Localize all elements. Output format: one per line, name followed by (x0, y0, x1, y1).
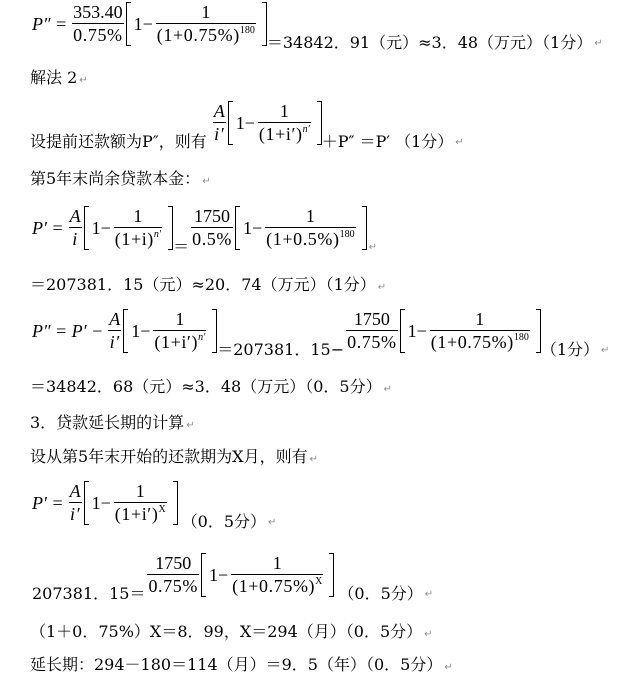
paragraph-mark-icon: ↵ (310, 454, 318, 466)
one-minus: 1− (209, 565, 228, 586)
one-minus: 1− (92, 493, 111, 514)
coefficient-fraction: 353.40 0.75% (72, 2, 124, 46)
formula-general: P″ = P′ − A i′ 1− 1 (1+i′)n′ (32, 306, 217, 356)
denominator: 0.75% (346, 331, 398, 353)
equation-prefix: 207381．15＝ (32, 585, 145, 603)
inner-fraction: 1 (1+i′)X (114, 481, 167, 525)
paragraph-mark-icon: ↵ (369, 242, 377, 254)
line-extension-period: 延长期：294－180＝114（月）＝9．5（年）（0．5分） ↵ (30, 656, 453, 674)
formula: A i′ 1− 1 (1+i′)n′ (211, 98, 322, 148)
left-bracket (84, 206, 89, 250)
formula: P′ = A i′ 1− 1 (1+i′)X (32, 478, 178, 528)
denominator: i′ (109, 331, 121, 353)
denominator-base: (1+0.75%) (157, 25, 240, 45)
formula-lhs: P′ = (32, 493, 64, 514)
coefficient-fraction: A i′ (108, 309, 121, 353)
left-bracket (201, 553, 206, 597)
denominator-base: (1+i′) (259, 124, 303, 144)
method-heading: 解法 2 (30, 69, 77, 87)
denominator: (1+0.5%)180 (265, 228, 355, 250)
one-minus: 1− (408, 321, 427, 342)
line-extension-setup: 设从第5年末开始的还款期为X月，则有 ↵ (30, 448, 318, 466)
bracket-group: 1− 1 (1+0.75%)180 (126, 0, 267, 49)
denominator: (1+i)n′ (114, 228, 162, 250)
paragraph-mark-icon: ↵ (444, 662, 452, 674)
numerator: 1 (156, 2, 256, 24)
left-bracket (228, 101, 233, 145)
coefficient-fraction: 1750 0.75% (147, 553, 199, 597)
denominator: (1+0.75%)180 (430, 331, 530, 353)
one-minus: 1− (92, 218, 111, 239)
bracket-group: 1− 1 (1+i′)n′ (123, 306, 217, 356)
paragraph-mark-icon: ↵ (594, 38, 602, 50)
equals-sign: ＝ (173, 238, 189, 256)
exponent: 180 (340, 229, 355, 240)
score-annotation: （0．5分） (182, 513, 266, 531)
line-solve-x: （1＋0．75%）X＝8．99，X＝294（月）（0．5分） ↵ (30, 623, 433, 641)
paragraph-mark-icon: ↵ (268, 517, 276, 529)
exponent: n′ (154, 229, 161, 240)
formula-lhs: P″ = P′ − (32, 321, 103, 342)
denominator-base: (1+0.5%) (266, 229, 339, 249)
numerator: 1 (114, 206, 162, 228)
paragraph-mark-icon: ↵ (384, 384, 392, 396)
formula-general: P′ = A i 1− 1 (1+i)n′ (32, 203, 173, 253)
left-bracket (123, 309, 128, 353)
result-text: ＝34842．91（元）≈3．48（万元）（1分） (267, 34, 592, 52)
exponent: 180 (240, 25, 255, 36)
inner-fraction: 1 (1+i′)n′ (153, 309, 206, 353)
solution-text: （1＋0．75%）X＝8．99，X＝294（月）（0．5分） (30, 623, 422, 641)
denominator: i′ (213, 123, 225, 145)
bracket-group: 1− 1 (1+0.5%)180 (235, 203, 367, 253)
one-minus: 1− (236, 113, 255, 134)
formula: P″ = 353.40 0.75% 1− 1 (1+0.75%)180 (32, 0, 267, 49)
denominator-base: (1+i′) (115, 504, 159, 524)
numerator: A (69, 481, 82, 503)
line-section-heading: 3．贷款延长期的计算 ↵ (30, 414, 195, 432)
denominator: 0.75% (72, 24, 124, 46)
inner-fraction: 1 (1+0.5%)180 (265, 206, 355, 250)
paragraph-mark-icon: ↵ (455, 137, 463, 149)
exponent: n′ (198, 332, 205, 343)
score-annotation: （1分） (541, 341, 599, 359)
left-bracket (84, 481, 89, 525)
bracket-group: 1− 1 (1+i′)X (84, 478, 178, 528)
formula-lhs: P″ = (32, 14, 67, 35)
line-remaining-principal-result: ＝207381．15（元）≈20．74（万元）（1分） ↵ (30, 276, 386, 294)
exponent: X (158, 504, 165, 515)
result-text: ＝34842．68（元）≈3．48（万元）（0．5分） (30, 378, 382, 396)
left-bracket (126, 2, 131, 46)
denominator-base: (1+0.75%) (431, 332, 514, 352)
paragraph-mark-icon: ↵ (424, 629, 432, 641)
bracket-group: 1− 1 (1+0.75%)180 (400, 306, 541, 356)
setup-text: 设提前还款额为P″，则有 (30, 133, 207, 151)
right-bracket (329, 553, 334, 597)
coefficient-fraction: 1750 0.75% (346, 309, 398, 353)
coefficient-fraction: A i (69, 206, 82, 250)
one-minus: 1− (243, 218, 262, 239)
intermediate-value: ＝207381．15− (217, 341, 344, 359)
numerator: 1 (430, 309, 530, 331)
exponent: 180 (514, 332, 529, 343)
numerator: 1750 (147, 553, 199, 575)
setup-text: 设从第5年末开始的还款期为X月，则有 (30, 448, 308, 466)
section-heading: 3．贷款延长期的计算 (30, 414, 184, 432)
inner-fraction: 1 (1+0.75%)X (231, 553, 323, 597)
paragraph-mark-icon: ↵ (79, 75, 87, 87)
inner-fraction: 1 (1+i)n′ (114, 206, 162, 250)
formula-numeric: 1750 0.75% 1− 1 (1+0.75%)180 (344, 306, 541, 356)
equation-suffix: ＋P″ ＝P′ （1分） (322, 133, 454, 151)
numerator: 1 (153, 309, 206, 331)
line-method2-heading: 解法 2 ↵ (30, 69, 88, 87)
inner-fraction: 1 (1+0.75%)180 (430, 309, 530, 353)
bracket-group: 1− 1 (1+i′)n′ (228, 98, 322, 148)
exponent: n′ (303, 124, 310, 135)
numerator: 1750 (191, 206, 233, 228)
inner-fraction: 1 (1+0.75%)180 (156, 2, 256, 46)
inner-fraction: 1 (1+i′)n′ (258, 101, 311, 145)
numerator: 1 (114, 481, 167, 503)
formula-numeric: 1750 0.5% 1− 1 (1+0.5%)180 (189, 203, 367, 253)
line-prepayment-formula-method1: P″ = 353.40 0.75% 1− 1 (1+0.75%)180 ＝348… (32, 0, 603, 49)
paragraph-mark-icon: ↵ (378, 282, 386, 294)
line-remaining-principal-formula: P′ = A i 1− 1 (1+i)n′ ＝ 1750 0.5% (32, 203, 377, 253)
paragraph-mark-icon: ↵ (202, 176, 210, 188)
line-extension-formula: P′ = A i′ 1− 1 (1+i′)X （0．5分） ↵ (32, 478, 276, 528)
coefficient-fraction: A i′ (213, 101, 226, 145)
coefficient-fraction: A i′ (69, 481, 82, 525)
remaining-principal-label: 第5年末尚余贷款本金： (30, 170, 200, 188)
one-minus: 1− (134, 14, 153, 35)
left-bracket (400, 309, 405, 353)
denominator: 0.5% (191, 228, 233, 250)
bracket-group: 1− 1 (1+0.75%)X (201, 550, 334, 600)
numerator: 1 (231, 553, 323, 575)
right-bracket (362, 206, 367, 250)
document-page: P″ = 353.40 0.75% 1− 1 (1+0.75%)180 ＝348… (0, 0, 635, 680)
line-prepayment-result: ＝34842．68（元）≈3．48（万元）（0．5分） ↵ (30, 378, 392, 396)
line-prepayment-formula-method2: P″ = P′ − A i′ 1− 1 (1+i′)n′ ＝207381．15−… (32, 306, 609, 356)
bracket-group: 1− 1 (1+i)n′ (84, 203, 173, 253)
numerator: A (213, 101, 226, 123)
line-prepayment-setup: 设提前还款额为P″，则有 A i′ 1− 1 (1+i′)n′ ＋P″ ＝P′ … (30, 98, 464, 148)
denominator: (1+0.75%)180 (156, 24, 256, 46)
coefficient-fraction: 1750 0.5% (191, 206, 233, 250)
numerator: 1750 (346, 309, 398, 331)
result-text: ＝207381．15（元）≈20．74（万元）（1分） (30, 276, 376, 294)
denominator-base: (1+i) (115, 229, 154, 249)
numerator: A (108, 309, 121, 331)
extension-period-text: 延长期：294－180＝114（月）＝9．5（年）（0．5分） (30, 656, 442, 674)
denominator-base: (1+0.75%) (232, 576, 315, 596)
line-extension-numeric: 207381．15＝ 1750 0.75% 1− 1 (1+0.75%)X （0… (32, 550, 433, 600)
line-remaining-principal-label: 第5年末尚余贷款本金： ↵ (30, 170, 211, 188)
denominator-base: (1+i′) (154, 332, 198, 352)
paragraph-mark-icon: ↵ (186, 420, 194, 432)
denominator: (1+i′)X (114, 503, 167, 525)
numerator: A (69, 206, 82, 228)
denominator: i (71, 228, 79, 250)
one-minus: 1− (131, 321, 150, 342)
exponent: X (315, 576, 322, 587)
denominator: (1+i′)n′ (153, 331, 206, 353)
paragraph-mark-icon: ↵ (601, 345, 609, 357)
denominator: 0.75% (147, 575, 199, 597)
score-annotation: （0．5分） (338, 585, 422, 603)
denominator: (1+0.75%)X (231, 575, 323, 597)
denominator: i′ (69, 503, 81, 525)
paragraph-mark-icon: ↵ (425, 589, 433, 601)
numerator: 1 (265, 206, 355, 228)
left-bracket (235, 206, 240, 250)
formula: 1750 0.75% 1− 1 (1+0.75%)X (145, 550, 334, 600)
formula-lhs: P′ = (32, 218, 64, 239)
numerator: 353.40 (72, 2, 124, 24)
denominator: (1+i′)n′ (258, 123, 311, 145)
numerator: 1 (258, 101, 311, 123)
right-bracket (173, 481, 178, 525)
